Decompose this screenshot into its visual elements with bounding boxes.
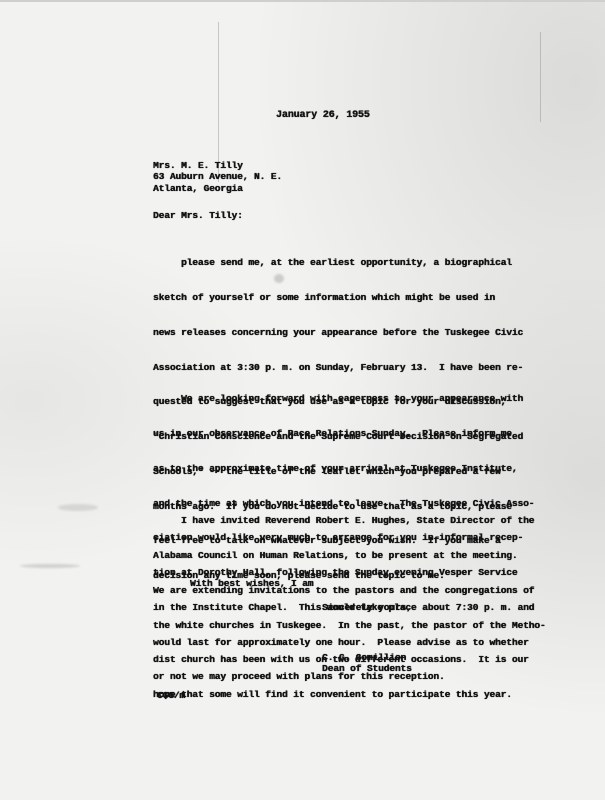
- ink-smudge: [20, 564, 80, 568]
- ink-smudge: [58, 504, 98, 511]
- recipient-street: 63 Auburn Avenue, N. E.: [153, 171, 282, 182]
- paragraph-line: sketch of yourself or some information w…: [153, 292, 523, 304]
- signature-block: C. G. GomillionDean of Students: [322, 652, 412, 675]
- paragraph-line: Alabama Council on Human Relations, to b…: [153, 550, 546, 562]
- salutation: Dear Mrs. Tilly:: [153, 210, 243, 222]
- recipient-name: Mrs. M. E. Tilly: [153, 160, 282, 171]
- paragraph-line: I have invited Reverend Robert E. Hughes…: [153, 515, 546, 527]
- paragraph-line: hope that some will find it convenient t…: [153, 689, 546, 701]
- paragraph-line: news releases concerning your appearance…: [153, 327, 523, 339]
- signer-title: Dean of Students: [322, 663, 412, 674]
- recipient-address: Mrs. M. E. Tilly63 Auburn Avenue, N. E.A…: [153, 160, 282, 194]
- reference-initials: CGG/m: [157, 690, 185, 702]
- closing-line: With best wishes, I am: [190, 578, 313, 590]
- signer-name: C. G. Gomillion: [322, 652, 412, 663]
- paragraph-line: We are looking forward with eagerness to…: [153, 393, 534, 405]
- scanned-letter-page: January 26, 1955 Mrs. M. E. Tilly63 Aubu…: [0, 0, 605, 800]
- paragraph-line: us in our observance of Race Relations S…: [153, 428, 534, 440]
- paragraph-line: as to the approximate time of your arriv…: [153, 463, 534, 475]
- complimentary-close: Sincerely yours,: [322, 602, 412, 614]
- paragraph-line: please send me, at the earliest opportun…: [153, 257, 523, 269]
- paragraph-line: the white churches in Tuskegee. In the p…: [153, 620, 546, 632]
- letter-date: January 26, 1955: [276, 110, 370, 122]
- scan-scratch: [218, 22, 219, 182]
- scan-scratch: [540, 32, 541, 122]
- recipient-city: Atlanta, Georgia: [153, 183, 282, 194]
